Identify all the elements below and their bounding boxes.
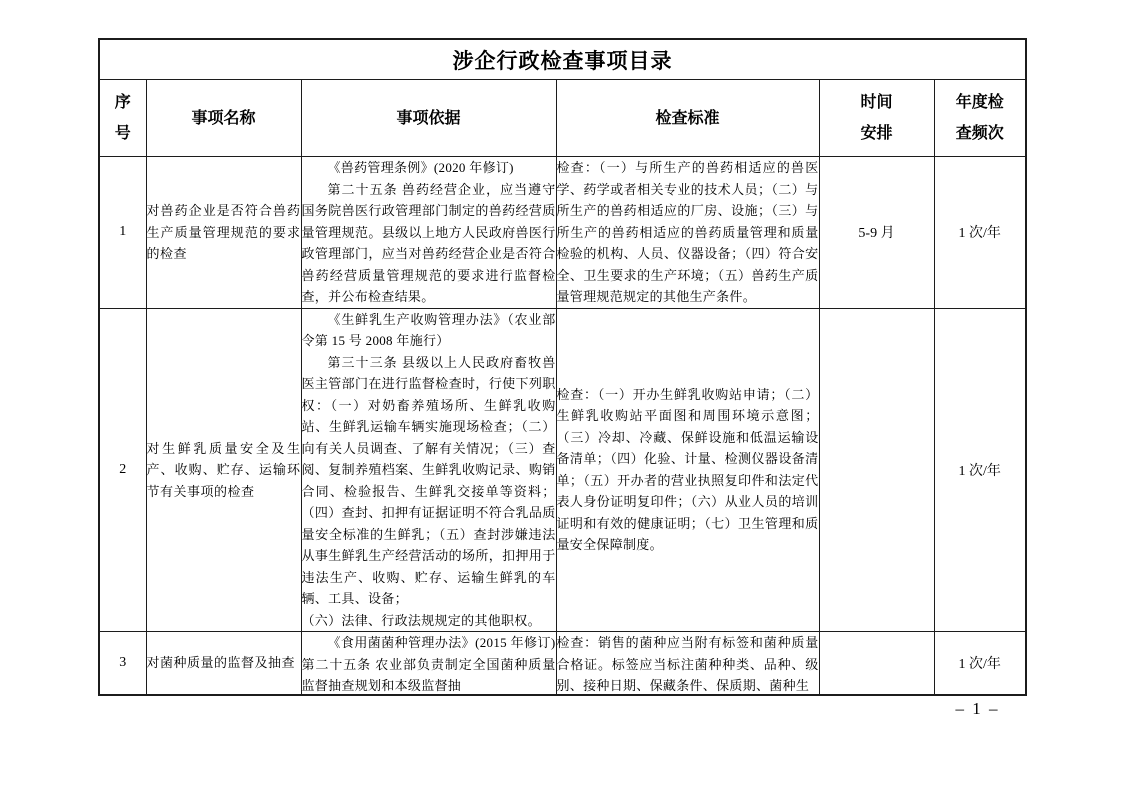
column-header-basis-label: 事项依据 <box>396 103 460 134</box>
row1-name-cell: 对兽药企业是否符合兽药生产质量管理规范的要求的检查 <box>146 157 301 309</box>
column-header-name: 事项名称 <box>146 80 301 157</box>
row3-basis-clip: 《食用菌菌种管理办法》(2015 年修订) 第二十五条 农业部负责制定全国菌种质… <box>302 632 556 694</box>
row3-standard-cell: 检查：销售的菌种应当附有标签和菌种质量合格证。标签应当标注菌种种类、品种、级别、… <box>556 632 819 696</box>
column-header-standard: 检查标准 <box>556 80 819 157</box>
row2-name-cell: 对生鲜乳质量安全及生产、收购、贮存、运输环节有关事项的检查 <box>146 308 301 632</box>
row3-standard-paragraph: 检查：销售的菌种应当附有标签和菌种质量合格证。标签应当标注菌种种类、品种、级别、… <box>557 632 819 694</box>
row3-basis-paragraph: 《食用菌菌种管理办法》(2015 年修订) 第二十五条 农业部负责制定全国菌种质… <box>302 632 556 694</box>
table-row: 1 对兽药企业是否符合兽药生产质量管理规范的要求的检查 《兽药管理条例》(202… <box>99 157 1026 309</box>
row3-basis-cell: 《食用菌菌种管理办法》(2015 年修订) 第二十五条 农业部负责制定全国菌种质… <box>301 632 556 696</box>
row2-basis-paragraph: 第三十三条 县级以上人民政府畜牧兽医主管部门在进行监督检查时，行使下列职权：（一… <box>302 352 556 610</box>
inspection-items-table: 涉企行政检查事项目录 序号 事项名称 事项依据 检查标准 时间安排 年度检查频次 <box>98 38 1027 696</box>
column-header-frequency-label: 年度检查频次 <box>954 87 1005 149</box>
row2-schedule-cell <box>819 308 934 632</box>
column-header-schedule: 时间安排 <box>819 80 934 157</box>
row3-standard-clip: 检查：销售的菌种应当附有标签和菌种质量合格证。标签应当标注菌种种类、品种、级别、… <box>557 632 819 694</box>
header-row: 序号 事项名称 事项依据 检查标准 时间安排 年度检查频次 <box>99 80 1026 157</box>
column-header-name-label: 事项名称 <box>191 103 255 134</box>
column-header-standard-label: 检查标准 <box>655 103 719 134</box>
column-header-frequency: 年度检查频次 <box>934 80 1026 157</box>
table-row: 2 对生鲜乳质量安全及生产、收购、贮存、运输环节有关事项的检查 《生鲜乳生产收购… <box>99 308 1026 632</box>
row1-standard-cell: 检查：（一）与所生产的兽药相适应的兽医学、药学或者相关专业的技术人员；（二）与所… <box>556 157 819 309</box>
column-header-index-label: 序号 <box>113 87 132 149</box>
page-number: – 1 – <box>930 699 1025 719</box>
row1-schedule-cell: 5-9 月 <box>819 157 934 309</box>
title-row: 涉企行政检查事项目录 <box>99 39 1026 80</box>
row3-name-cell: 对菌种质量的监督及抽查 <box>146 632 301 696</box>
row1-standard-paragraph: 检查：（一）与所生产的兽药相适应的兽医学、药学或者相关专业的技术人员；（二）与所… <box>557 157 819 308</box>
row3-index-cell: 3 <box>99 632 146 696</box>
row2-frequency-cell: 1 次/年 <box>934 308 1026 632</box>
row2-basis-cell: 《生鲜乳生产收购管理办法》（农业部令第 15 号 2008 年施行） 第三十三条… <box>301 308 556 632</box>
row1-basis-paragraph: 《兽药管理条例》(2020 年修订) <box>302 157 556 179</box>
column-header-index: 序号 <box>99 80 146 157</box>
column-header-schedule-label: 时间安排 <box>860 87 894 149</box>
row3-schedule-cell <box>819 632 934 696</box>
row1-frequency-cell: 1 次/年 <box>934 157 1026 309</box>
row1-basis-paragraph: 第二十五条 兽药经营企业，应当遵守国务院兽医行政管理部门制定的兽药经营质量管理规… <box>302 179 556 308</box>
row2-index-cell: 2 <box>99 308 146 632</box>
row2-standard-paragraph: 检查：（一）开办生鲜乳收购站申请；（二）生鲜乳收购站平面图和周围环境示意图；（三… <box>557 384 819 556</box>
document-page: 涉企行政检查事项目录 序号 事项名称 事项依据 检查标准 时间安排 年度检查频次 <box>0 0 1122 793</box>
table-row: 3 对菌种质量的监督及抽查 《食用菌菌种管理办法》(2015 年修订) 第二十五… <box>99 632 1026 696</box>
document-title: 涉企行政检查事项目录 <box>99 39 1026 80</box>
row3-frequency-cell: 1 次/年 <box>934 632 1026 696</box>
row1-index-cell: 1 <box>99 157 146 309</box>
column-header-basis: 事项依据 <box>301 80 556 157</box>
row2-basis-paragraph: （六）法律、行政法规规定的其他职权。 <box>302 610 556 632</box>
row2-standard-cell: 检查：（一）开办生鲜乳收购站申请；（二）生鲜乳收购站平面图和周围环境示意图；（三… <box>556 308 819 632</box>
row1-basis-cell: 《兽药管理条例》(2020 年修订) 第二十五条 兽药经营企业，应当遵守国务院兽… <box>301 157 556 309</box>
row2-basis-paragraph: 《生鲜乳生产收购管理办法》（农业部令第 15 号 2008 年施行） <box>302 309 556 352</box>
